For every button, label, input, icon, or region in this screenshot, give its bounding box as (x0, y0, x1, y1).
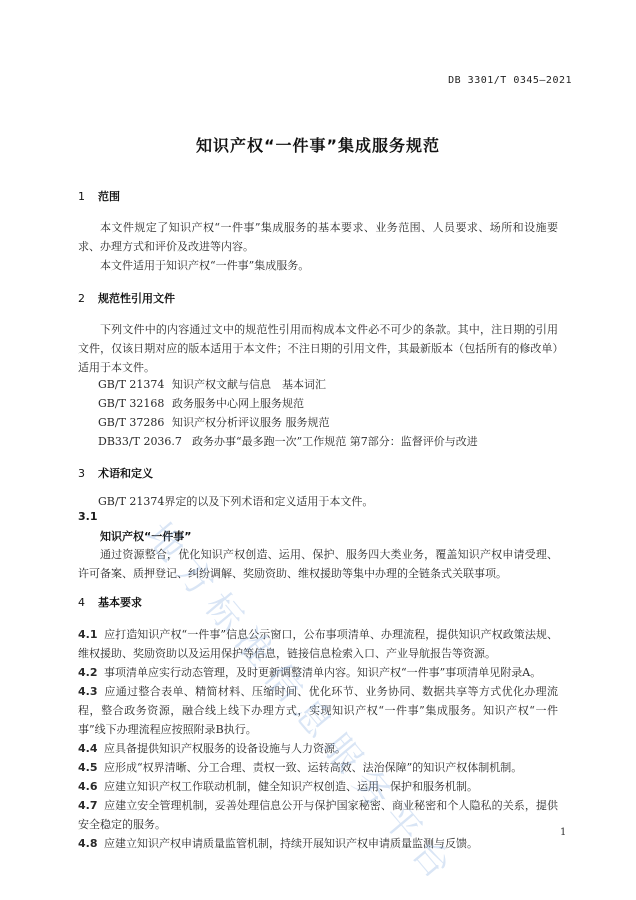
section-number: 1 (78, 190, 98, 203)
reference-title: 知识产权分析评议服务 服务规范 (172, 416, 330, 429)
clause-number: 4.2 (78, 663, 104, 682)
term-name: 知识产权“一件事” (100, 528, 191, 544)
section-number: 2 (78, 292, 98, 305)
section-3-heading: 3术语和定义 (78, 465, 153, 481)
clause-number: 4.4 (78, 739, 104, 758)
term-number: 3.1 (78, 510, 98, 523)
clause-number: 4.7 (78, 796, 104, 815)
clause-4-2: 4.2事项清单应实行动态管理，及时更新调整清单内容。知识产权“一件事”事项清单见… (78, 663, 558, 682)
reference-item: GB/T 21374知识产权文献与信息 基本词汇 (98, 376, 326, 392)
reference-item: GB/T 32168政务服务中心网上服务规范 (98, 395, 304, 411)
clause-number: 4.3 (78, 682, 104, 701)
clause-4-4: 4.4应具备提供知识产权服务的设备设施与人力资源。 (78, 739, 558, 758)
clause-text: 应打造知识产权“一件事”信息公示窗口，公布事项清单、办理流程，提供知识产权政策法… (78, 628, 558, 660)
clause-number: 4.6 (78, 777, 104, 796)
section-1-heading: 1范围 (78, 188, 120, 204)
section-title: 范围 (98, 190, 120, 203)
reference-code: GB/T 21374 (98, 378, 172, 391)
clause-4-6: 4.6应建立知识产权工作联动机制，健全知识产权创造、运用、保护和服务机制。 (78, 777, 558, 796)
paragraph: 下列文件中的内容通过文中的规范性引用而构成本文件必不可少的条款。其中，注日期的引… (78, 320, 558, 377)
reference-item: DB33/T 2036.7政务办事“最多跑一次”工作规范 第7部分：监督评价与改… (98, 433, 478, 449)
reference-code: GB/T 37286 (98, 416, 172, 429)
reference-code: GB/T 32168 (98, 397, 172, 410)
standard-code: DB 3301/T 0345—2021 (448, 75, 572, 86)
clause-text: 应建立知识产权工作联动机制，健全知识产权创造、运用、保护和服务机制。 (104, 780, 478, 793)
section-number: 4 (78, 596, 98, 609)
paragraph: GB/T 21374界定的以及下列术语和定义适用于本文件。 (98, 492, 558, 511)
clause-number: 4.8 (78, 834, 104, 853)
clause-text: 应建立知识产权申请质量监管机制，持续开展知识产权申请质量监测与反馈。 (104, 837, 478, 850)
clause-4-3: 4.3应通过整合表单、精简材料、压缩时间、优化环节、业务协同、数据共享等方式优化… (78, 682, 558, 739)
section-number: 3 (78, 467, 98, 480)
reference-code: DB33/T 2036.7 (98, 435, 192, 448)
clause-4-8: 4.8应建立知识产权申请质量监管机制，持续开展知识产权申请质量监测与反馈。 (78, 834, 558, 853)
clause-text: 应具备提供知识产权服务的设备设施与人力资源。 (104, 742, 346, 755)
term-definition: 通过资源整合，优化知识产权创造、运用、保护、服务四大类业务，覆盖知识产权申请受理… (78, 545, 558, 583)
paragraph: 本文件适用于知识产权“一件事”集成服务。 (78, 256, 558, 275)
clause-text: 应建立安全管理机制，妥善处理信息公开与保护国家秘密、商业秘密和个人隐私的关系，提… (78, 799, 558, 831)
clause-text: 应形成“权界清晰、分工合理、责权一致、运转高效、法治保障”的知识产权体制机制。 (104, 761, 522, 774)
paragraph: 本文件规定了知识产权“一件事”集成服务的基本要求、业务范围、人员要求、场所和设施… (78, 218, 558, 256)
clause-4-7: 4.7应建立安全管理机制，妥善处理信息公开与保护国家秘密、商业秘密和个人隐私的关… (78, 796, 558, 834)
document-page: DB 3301/T 0345—2021 知识产权“一件事”集成服务规范 1范围 … (0, 0, 636, 900)
section-2-heading: 2规范性引用文件 (78, 290, 175, 306)
clause-text: 事项清单应实行动态管理，及时更新调整清单内容。知识产权“一件事”事项清单见附录A… (104, 666, 541, 679)
section-4-heading: 4基本要求 (78, 594, 142, 610)
reference-title: 知识产权文献与信息 基本词汇 (172, 378, 326, 391)
reference-title: 政务办事“最多跑一次”工作规范 第7部分：监督评价与改进 (192, 435, 478, 448)
section-title: 术语和定义 (98, 467, 153, 480)
section-title: 基本要求 (98, 596, 142, 609)
clause-number: 4.1 (78, 625, 104, 644)
document-title: 知识产权“一件事”集成服务规范 (0, 133, 636, 156)
clause-4-1: 4.1应打造知识产权“一件事”信息公示窗口，公布事项清单、办理流程，提供知识产权… (78, 625, 558, 663)
page-number: 1 (560, 827, 566, 838)
clause-text: 应通过整合表单、精简材料、压缩时间、优化环节、业务协同、数据共享等方式优化办理流… (78, 685, 558, 736)
reference-title: 政务服务中心网上服务规范 (172, 397, 304, 410)
clause-4-5: 4.5应形成“权界清晰、分工合理、责权一致、运转高效、法治保障”的知识产权体制机… (78, 758, 558, 777)
clause-number: 4.5 (78, 758, 104, 777)
reference-item: GB/T 37286知识产权分析评议服务 服务规范 (98, 414, 330, 430)
section-title: 规范性引用文件 (98, 292, 175, 305)
